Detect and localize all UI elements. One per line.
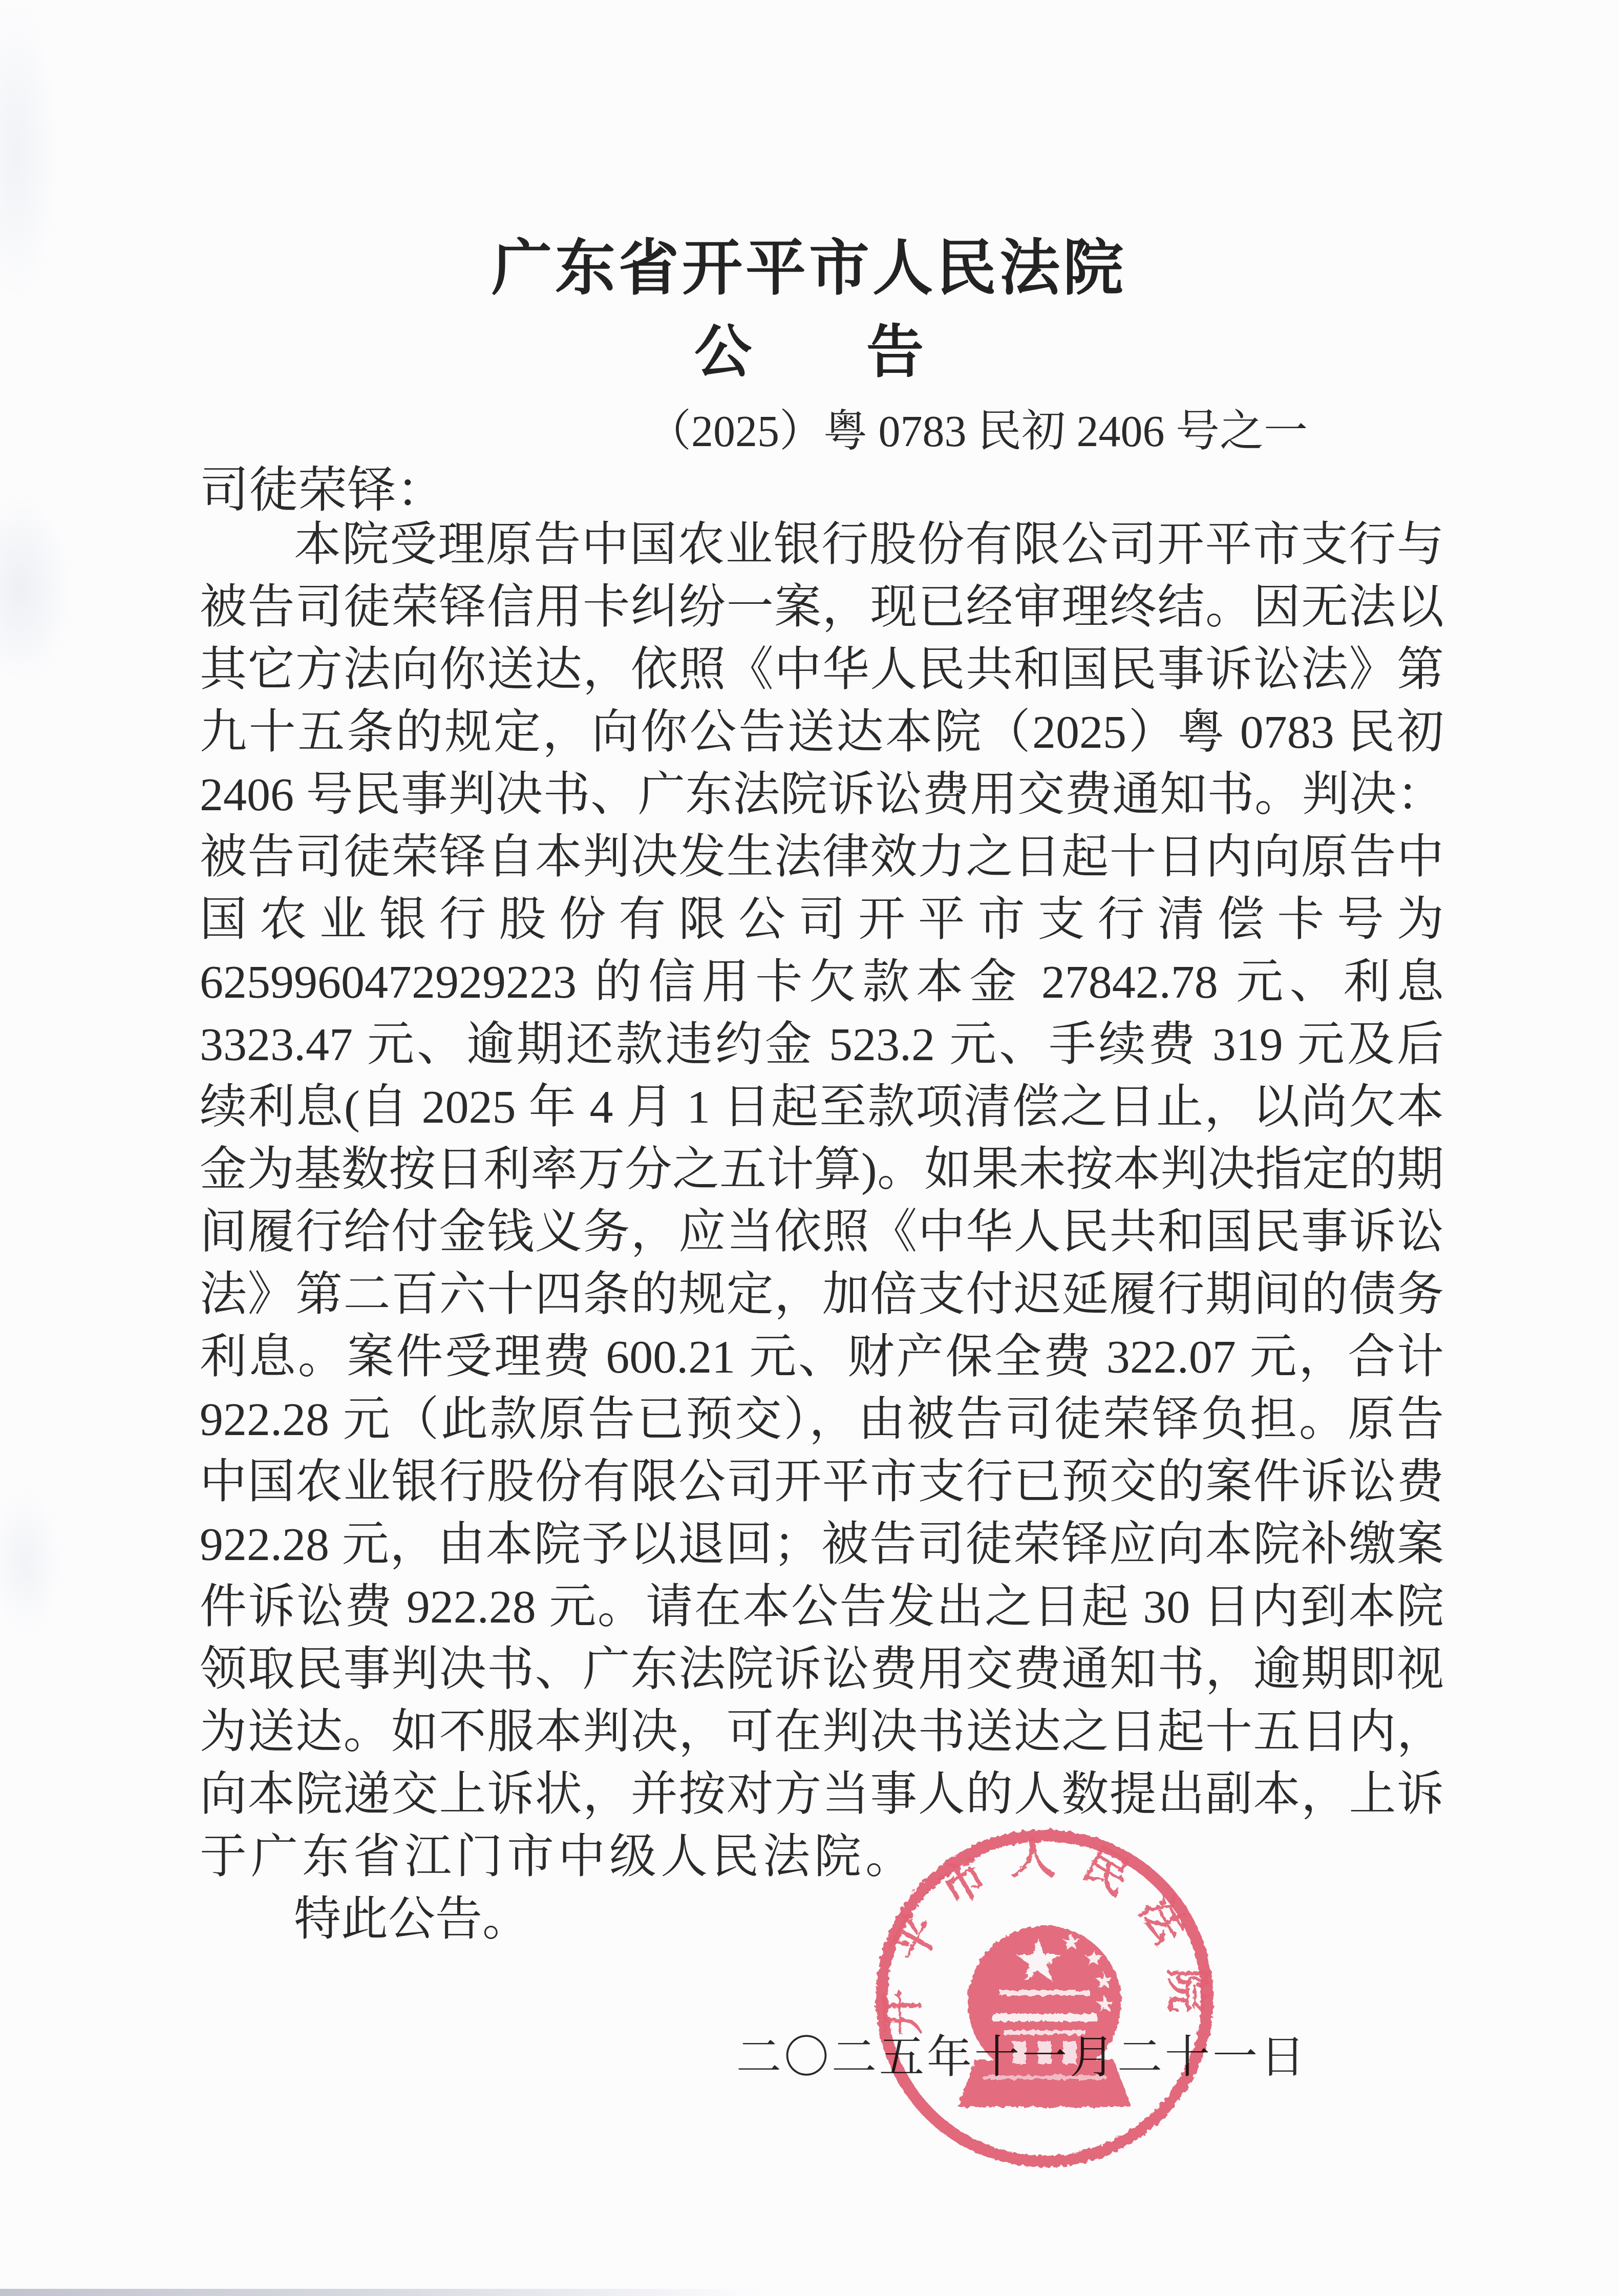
body-line: 件诉讼费 922.28 元。请在本公告发出之日起 30 日内到本院 — [200, 1575, 1444, 1638]
body-line: 法》第二百六十四条的规定，加倍支付迟延履行期间的债务 — [200, 1263, 1444, 1325]
body-line: 被告司徒荣铎自本判决发生法律效力之日起十日内向原告中 — [200, 826, 1444, 888]
body-line: 922.28 元（此款原告已预交），由被告司徒荣铎负担。原告 — [200, 1388, 1444, 1450]
court-name: 广东省开平市人民法院 — [0, 219, 1618, 306]
court-seal-graphic: 开平市人民法院 — [865, 1819, 1224, 2178]
closing-line: 特此公告。 — [200, 1888, 1444, 1950]
body-line: 中国农业银行股份有限公司开平市支行已预交的案件诉讼费 — [200, 1450, 1444, 1513]
document-type: 公 告 — [0, 306, 1618, 389]
body-line: 国农业银行股份有限公司开平市支行清偿卡号为 — [200, 888, 1444, 951]
body-line: 领取民事判决书、广东法院诉讼费用交费通知书，逾期即视 — [200, 1638, 1444, 1700]
body-line: 续利息(自 2025 年 4 月 1 日起至款项清偿之日止，以尚欠本 — [200, 1076, 1444, 1138]
body-line: 3323.47 元、逾期还款违约金 523.2 元、手续费 319 元及后 — [200, 1013, 1444, 1076]
body-line: 被告司徒荣铎信用卡纠纷一案，现已经审理终结。因无法以 — [200, 576, 1444, 638]
addressee: 司徒荣铎： — [200, 451, 445, 521]
case-number: （2025）粤 0783 民初 2406 号之一 — [647, 395, 1308, 459]
body-line: 向本院递交上诉状，并按对方当事人的人数提出副本，上诉 — [200, 1763, 1444, 1825]
body-line: 为送达。如不服本判决，可在判决书送达之日起十五日内， — [200, 1700, 1444, 1763]
announcement-body: 本院受理原告中国农业银行股份有限公司开平市支行与被告司徒荣铎信用卡纠纷一案，现已… — [200, 513, 1444, 1950]
body-line: 于广东省江门市中级人民法院。 — [200, 1825, 1444, 1888]
body-line: 2406 号民事判决书、广东法院诉讼费用交费通知书。判决： — [200, 763, 1444, 826]
body-line: 间履行给付金钱义务，应当依照《中华人民共和国民事诉讼 — [200, 1200, 1444, 1263]
body-line: 其它方法向你送达，依照《中华人民共和国民事诉讼法》第 — [200, 638, 1444, 701]
national-emblem-icon — [957, 1926, 1132, 2107]
body-line: 本院受理原告中国农业银行股份有限公司开平市支行与 — [200, 513, 1444, 576]
court-announcement-page: 广东省开平市人民法院 公 告 （2025）粤 0783 民初 2406 号之一 … — [0, 0, 1618, 2296]
scan-artifact-bottom — [0, 2289, 896, 2296]
body-line: 九十五条的规定，向你公告送达本院（2025）粤 0783 民初 — [200, 701, 1444, 763]
court-seal: 开平市人民法院 — [865, 1819, 1224, 2178]
body-line: 922.28 元，由本院予以退回；被告司徒荣铎应向本院补缴案 — [200, 1513, 1444, 1575]
body-line: 金为基数按日利率万分之五计算)。如果未按本判决指定的期 — [200, 1138, 1444, 1200]
body-line: 6259960472929223 的信用卡欠款本金 27842.78 元、利息 — [200, 951, 1444, 1013]
body-line: 利息。案件受理费 600.21 元、财产保全费 322.07 元，合计 — [200, 1325, 1444, 1388]
